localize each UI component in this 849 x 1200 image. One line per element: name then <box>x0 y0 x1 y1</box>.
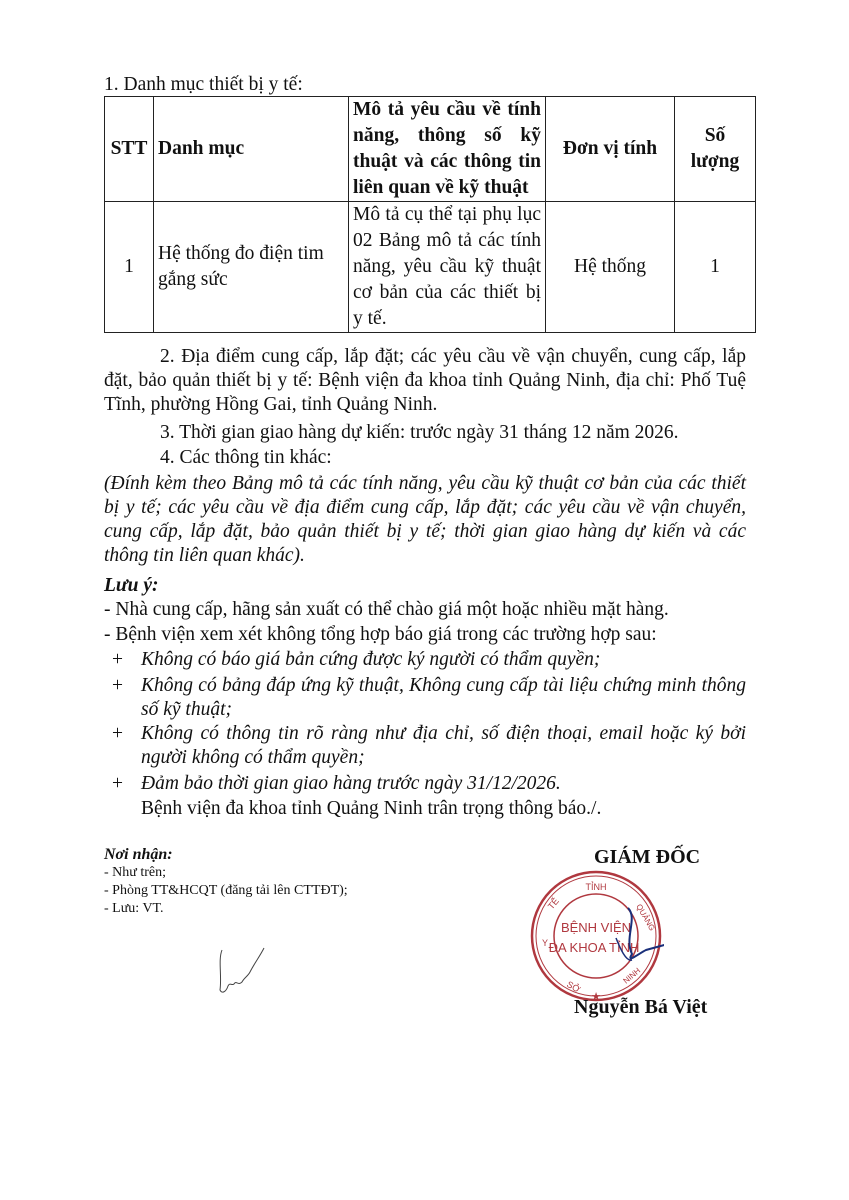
plus-marker: + <box>112 722 138 746</box>
notes-bullet: + Đảm bảo thời gian giao hàng trước ngày… <box>112 772 746 796</box>
header-mo-ta: Mô tả yêu cầu về tính năng, thông số kỹ … <box>349 97 546 202</box>
svg-text:TỈNH: TỈNH <box>586 881 607 892</box>
bullet-text: Không có bảng đáp ứng kỹ thuật, Không cu… <box>141 674 746 722</box>
recipient-item: - Như trên; <box>104 864 364 882</box>
header-stt: STT <box>105 97 154 202</box>
notes-bullet: + Không có báo giá bản cứng được ký ngườ… <box>112 648 746 672</box>
recipient-item: - Lưu: VT. <box>104 900 364 918</box>
notes-bullet: + Không có bảng đáp ứng kỹ thuật, Không … <box>112 674 746 722</box>
plus-marker: + <box>112 772 138 796</box>
official-stamp-icon: TỈNH TẾ Y SỞ QUẢNG NINH ★ BỆNH VIỆN ĐA K… <box>528 868 664 1004</box>
cell-mo-ta: Mô tả cụ thể tại phụ lục 02 Bảng mô tả c… <box>349 202 546 333</box>
table-header-row: STT Danh mục Mô tả yêu cầu về tính năng,… <box>105 97 756 202</box>
cell-stt: 1 <box>105 202 154 333</box>
header-so-luong: Số lượng <box>675 97 756 202</box>
svg-text:ĐA KHOA TỈNH: ĐA KHOA TỈNH <box>549 940 640 955</box>
section-4-heading: 4. Các thông tin khác: <box>104 446 746 470</box>
svg-text:Y: Y <box>542 938 548 948</box>
section-4-note: (Đính kèm theo Bảng mô tả các tính năng,… <box>104 472 746 568</box>
notes-line-1: - Nhà cung cấp, hãng sản xuất có thể chà… <box>104 598 746 622</box>
cell-danh-muc: Hệ thống đo điện tim gắng sức <box>154 202 349 333</box>
bullet-text: Không có báo giá bản cứng được ký người … <box>141 648 746 672</box>
table-row: 1 Hệ thống đo điện tim gắng sức Mô tả cụ… <box>105 202 756 333</box>
section-3-text: 3. Thời gian giao hàng dự kiến: trước ng… <box>104 421 746 445</box>
section-1-heading: 1. Danh mục thiết bị y tế: <box>104 72 303 98</box>
header-don-vi: Đơn vị tính <box>546 97 675 202</box>
plus-marker: + <box>112 648 138 672</box>
svg-text:BỆNH VIỆN: BỆNH VIỆN <box>561 920 631 935</box>
notes-line-2: - Bệnh viện xem xét không tổng hợp báo g… <box>104 623 746 647</box>
closing-text: Bệnh viện đa khoa tỉnh Quảng Ninh trân t… <box>141 797 746 821</box>
recipients-block: Nơi nhận: - Như trên; - Phòng TT&HCQT (đ… <box>104 846 364 918</box>
notes-bullet: + Không có thông tin rõ ràng như địa chỉ… <box>112 722 746 770</box>
initials-signature-icon <box>216 946 266 996</box>
bullet-text: Không có thông tin rõ ràng như địa chỉ, … <box>141 722 746 770</box>
recipient-item: - Phòng TT&HCQT (đăng tải lên CTTĐT); <box>104 882 364 900</box>
recipients-title: Nơi nhận: <box>104 846 364 864</box>
signer-position: GIÁM ĐỐC <box>594 846 700 869</box>
notes-title: Lưu ý: <box>104 574 746 598</box>
bullet-text: Đảm bảo thời gian giao hàng trước ngày 3… <box>141 772 746 796</box>
cell-don-vi: Hệ thống <box>546 202 675 333</box>
signer-name: Nguyễn Bá Việt <box>574 996 707 1019</box>
section-2-text: 2. Địa điểm cung cấp, lắp đặt; các yêu c… <box>104 345 746 417</box>
header-danh-muc: Danh mục <box>154 97 349 202</box>
plus-marker: + <box>112 674 138 698</box>
equipment-table: STT Danh mục Mô tả yêu cầu về tính năng,… <box>104 96 756 333</box>
cell-so-luong: 1 <box>675 202 756 333</box>
svg-text:TẾ: TẾ <box>546 896 561 911</box>
